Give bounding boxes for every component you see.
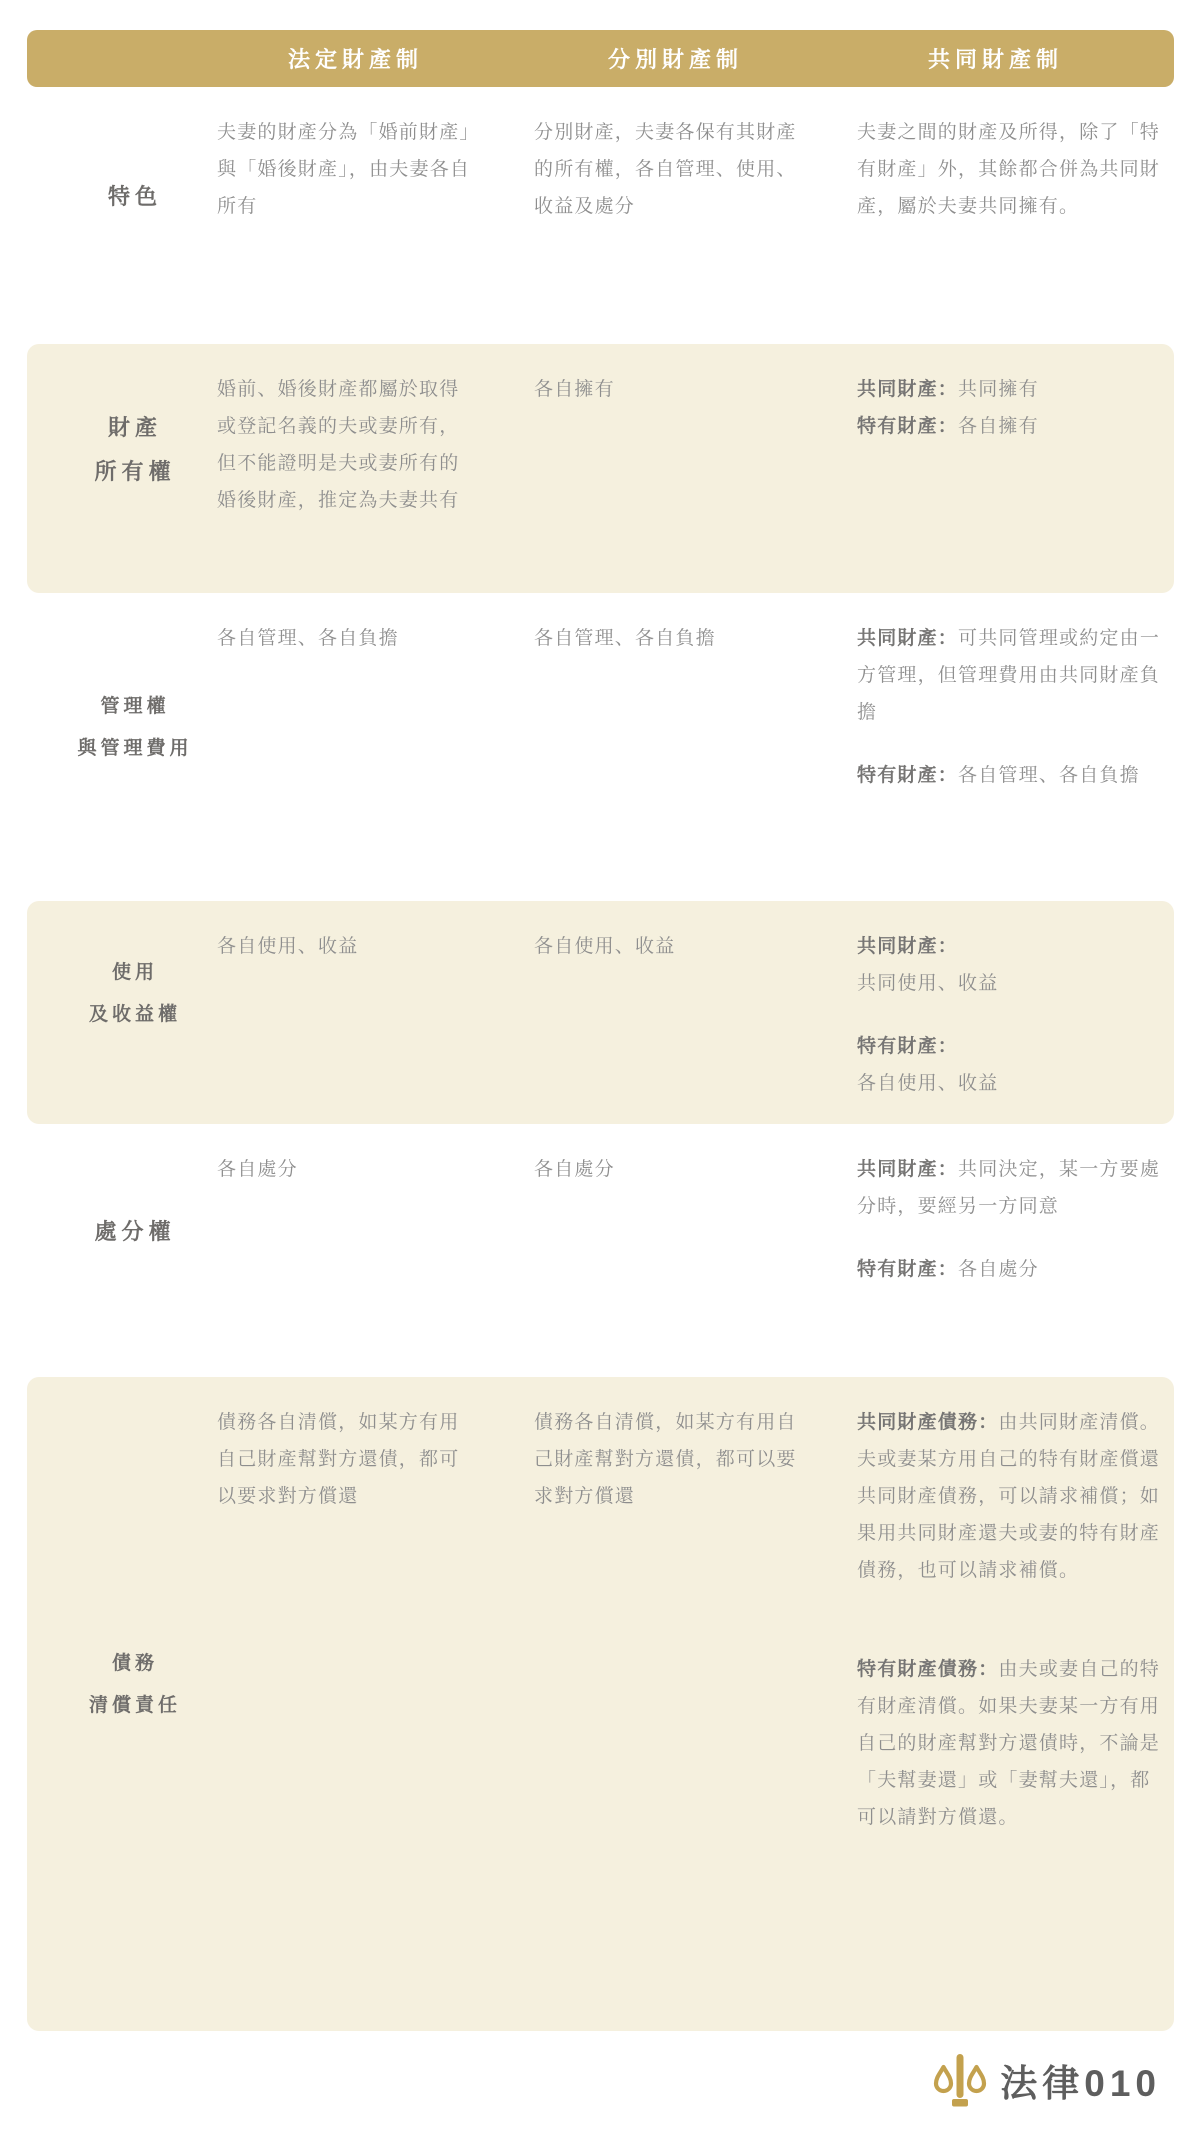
table-cell: 婚前、婚後財產都屬於取得或登記名義的夫或妻所有，但不能證明是夫或妻所有的婚後財產… [217,344,534,593]
table-cell: 各自管理、各自負擔 [217,593,534,901]
table-row: 特色 夫妻的財產分為「婚前財產」與「婚後財產」，由夫妻各自所有 分別財產，夫妻各… [27,87,1174,344]
row-label-line: 使用 [112,952,158,994]
table-cell: 債務各自清償，如某方有用自己財產幫對方還債，都可以要求對方償還 [534,1377,857,2031]
row-label-line: 債務 [112,1643,158,1685]
table-cell: 各自管理、各自負擔 [534,593,857,901]
row-label: 特色 [27,87,217,344]
table-cell: 共同財產：共同使用、收益 特有財產：各自使用、收益 [857,901,1174,1124]
row-label: 管理權 與管理費用 [27,593,217,901]
page: 法定財產制 分別財產制 共同財產制 特色 夫妻的財產分為「婚前財產」與「婚後財產… [0,0,1201,2139]
table-row: 債務 清償責任 債務各自清償，如某方有用自己財產幫對方還債，都可以要求對方償還 … [27,1377,1174,2031]
table-cell: 共同財產：共同擁有 特有財產：各自擁有 [857,344,1174,593]
table-cell: 分別財產，夫妻各保有其財產的所有權，各自管理、使用、收益及處分 [534,87,857,344]
table-cell: 債務各自清償，如某方有用自己財產幫對方還債，都可以要求對方償還 [217,1377,534,2031]
table-cell: 各自處分 [534,1124,857,1377]
column-header-community: 共同財產制 [857,43,1174,74]
table-cell: 共同財產：可共同管理或約定由一方管理，但管理費用由共同財產負擔 特有財產：各自管… [857,593,1174,901]
table-cell: 共同財產：共同決定，某一方要處分時，要經另一方同意 特有財產：各自處分 [857,1124,1174,1377]
table-cell: 夫妻之間的財產及所得，除了「特有財產」外，其餘都合併為共同財產，屬於夫妻共同擁有… [857,87,1174,344]
table-cell: 夫妻的財產分為「婚前財產」與「婚後財產」，由夫妻各自所有 [217,87,534,344]
column-header-separate: 分別財產制 [534,43,857,74]
row-label-line: 財產 [108,406,162,450]
row-label-line: 及收益權 [89,994,181,1036]
table-cell: 各自使用、收益 [534,901,857,1124]
table-row: 管理權 與管理費用 各自管理、各自負擔 各自管理、各自負擔 共同財產：可共同管理… [27,593,1174,901]
row-label-line: 管理權 [100,686,169,728]
row-label: 使用 及收益權 [27,901,217,1124]
scales-icon [933,2054,987,2107]
table-row: 財產 所有權 婚前、婚後財產都屬於取得或登記名義的夫或妻所有，但不能證明是夫或妻… [27,344,1174,593]
table-header: 法定財產制 分別財產制 共同財產制 [27,30,1174,87]
table-cell: 各自擁有 [534,344,857,593]
column-header-statutory: 法定財產制 [217,43,534,74]
row-label-line: 所有權 [94,450,175,494]
row-label-line: 處分權 [94,1210,175,1254]
row-label-line: 特色 [108,175,162,219]
table-row: 使用 及收益權 各自使用、收益 各自使用、收益 共同財產：共同使用、收益 特有財… [27,901,1174,1124]
brand-logo: 法律010 [933,2053,1161,2107]
comparison-table: 法定財產制 分別財產制 共同財產制 特色 夫妻的財產分為「婚前財產」與「婚後財產… [27,30,1174,2031]
row-label: 財產 所有權 [27,344,217,593]
brand-name: 法律010 [1000,2053,1161,2107]
table-cell: 各自處分 [217,1124,534,1377]
row-label: 債務 清償責任 [27,1377,217,2031]
row-label-line: 清償責任 [89,1685,181,1727]
row-label-line: 與管理費用 [77,728,192,770]
table-row: 處分權 各自處分 各自處分 共同財產：共同決定，某一方要處分時，要經另一方同意 … [27,1124,1174,1377]
row-label: 處分權 [27,1124,217,1377]
table-cell: 共同財產債務：由共同財產清償。夫或妻某方用自己的特有財產償還共同財產債務，可以請… [857,1377,1174,2031]
table-cell: 各自使用、收益 [217,901,534,1124]
